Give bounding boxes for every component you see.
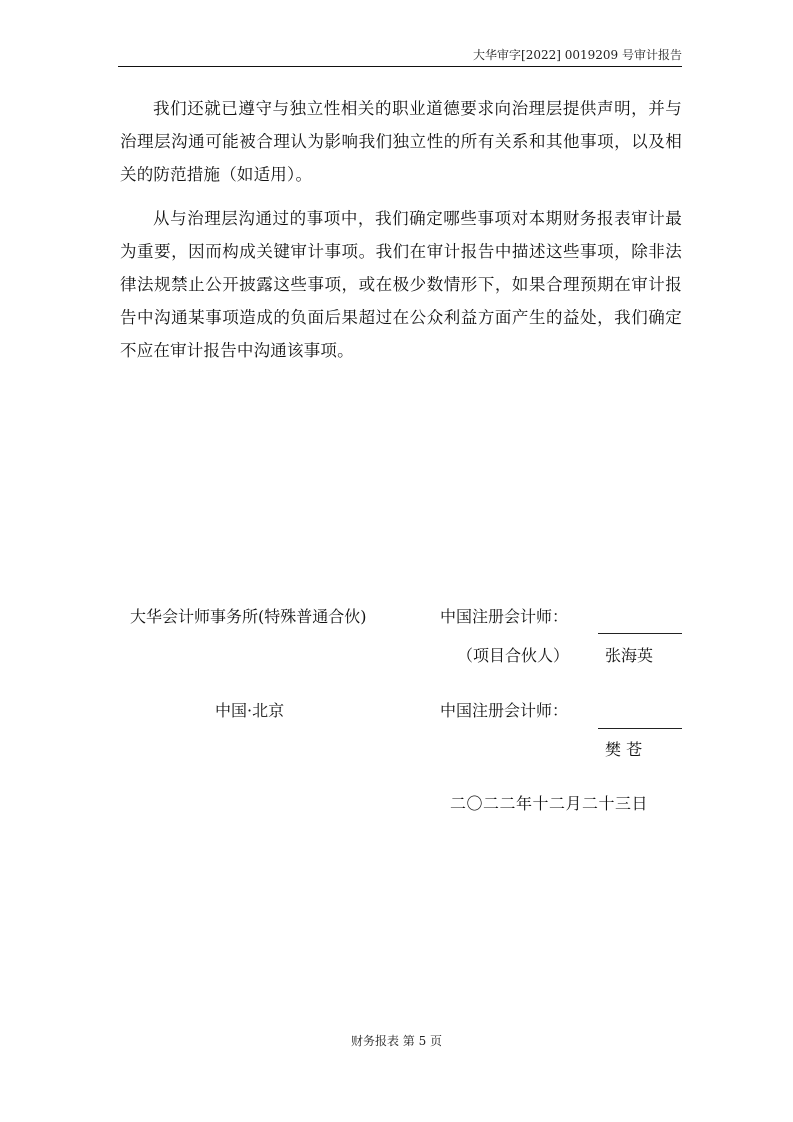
cpa-name-1: 张海英 bbox=[605, 646, 653, 666]
report-number-header: 大华审字[2022] 0019209 号审计报告 bbox=[118, 46, 682, 64]
header-divider bbox=[118, 66, 682, 67]
report-date: 二〇二二年十二月二十三日 bbox=[450, 794, 648, 814]
paragraph-key-audit-matters: 从与治理层沟通过的事项中，我们确定哪些事项对本期财务报表审计最为重要，因而构成关… bbox=[120, 202, 682, 367]
cpa-label-1: 中国注册会计师： bbox=[440, 607, 568, 627]
cpa-name-2: 樊 苍 bbox=[605, 740, 642, 760]
cpa-label-2: 中国注册会计师： bbox=[440, 701, 568, 721]
audit-firm-name: 大华会计师事务所(特殊普通合伙) bbox=[130, 607, 367, 627]
paragraph-independence-statement: 我们还就已遵守与独立性相关的职业道德要求向治理层提供声明，并与治理层沟通可能被合… bbox=[120, 92, 682, 191]
page-footer: 财务报表 第 5 页 bbox=[0, 1032, 793, 1049]
project-partner-note: （项目合伙人） bbox=[457, 646, 569, 666]
signature-line-2 bbox=[598, 728, 682, 729]
firm-location: 中国·北京 bbox=[215, 701, 284, 721]
signature-line-1 bbox=[598, 633, 682, 634]
